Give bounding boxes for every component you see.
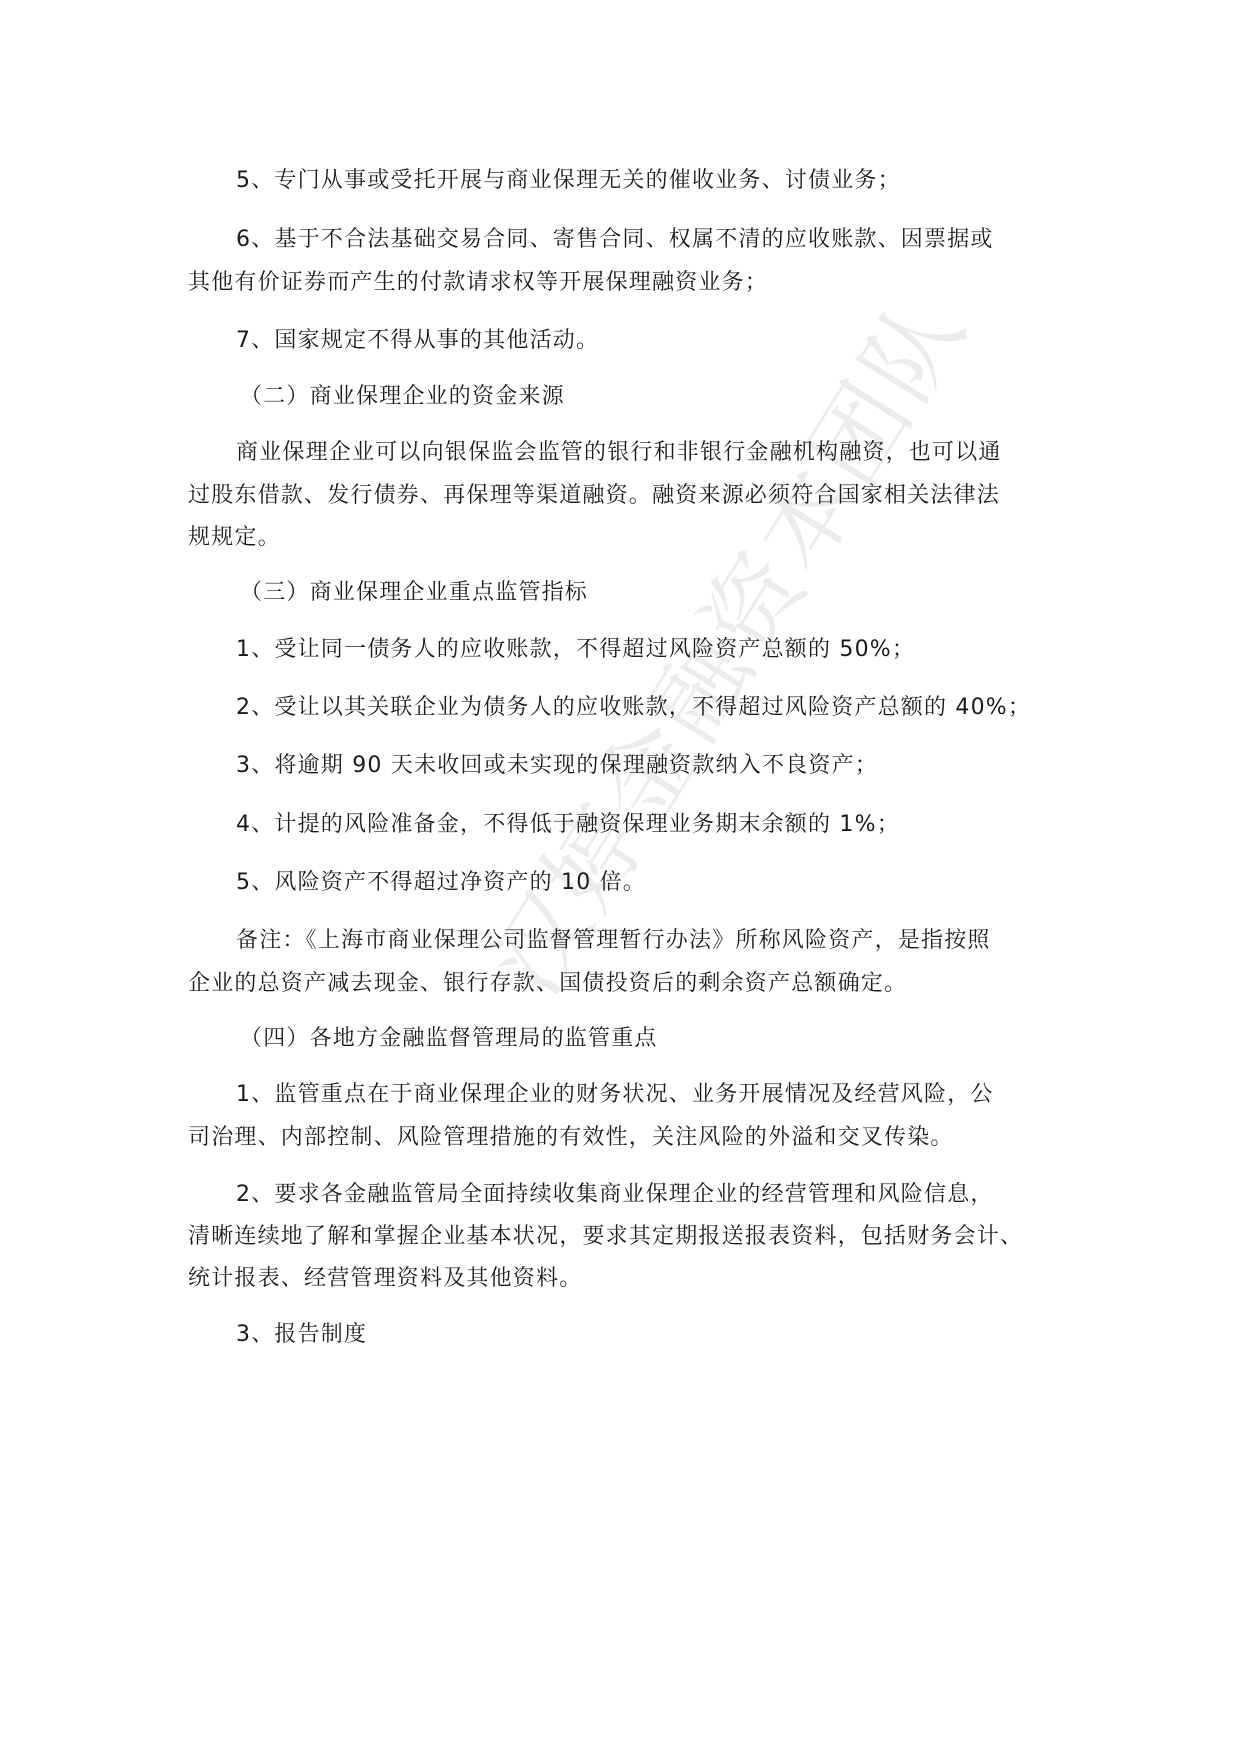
focus-item-1-line-1: 1、监管重点在于商业保理企业的财务状况、业务开展情况及经营风险，公	[236, 1080, 1116, 1110]
focus-item-2-line-2: 清晰连续地了解和掌握企业基本状况，要求其定期报送报表资料，包括财务会计、	[188, 1222, 1068, 1252]
prohibited-item-7: 7、国家规定不得从事的其他活动。	[236, 326, 1116, 356]
focus-item-2-line-3: 统计报表、经营管理资料及其他资料。	[188, 1264, 1068, 1294]
focus-item-1-line-2: 司治理、内部控制、风险管理措施的有效性，关注风险的外溢和交叉传染。	[188, 1123, 1068, 1153]
indicator-item-3: 3、将逾期 90 天未收回或未实现的保理融资款纳入不良资产；	[236, 751, 1116, 781]
section-heading-regulatory-focus: （四）各地方金融监督管理局的监管重点	[240, 1024, 1120, 1054]
section-heading-key-indicators: （三）商业保理企业重点监管指标	[240, 578, 1120, 608]
funding-paragraph-line-2: 过股东借款、发行债券、再保理等渠道融资。融资来源必须符合国家相关法律法	[188, 481, 1068, 511]
prohibited-item-5: 5、专门从事或受托开展与商业保理无关的催收业务、讨债业务；	[236, 166, 1116, 196]
indicator-item-5: 5、风险资产不得超过净资产的 10 倍。	[236, 868, 1116, 898]
funding-paragraph-line-3: 规规定。	[188, 523, 1068, 553]
document-page: 汉婷金融资本团队 5、专门从事或受托开展与商业保理无关的催收业务、讨债业务； 6…	[0, 0, 1240, 1754]
prohibited-item-6-line-1: 6、基于不合法基础交易合同、寄售合同、权属不清的应收账款、因票据或	[236, 225, 1116, 255]
prohibited-item-6-line-2: 其他有价证券而产生的付款请求权等开展保理融资业务；	[188, 268, 1068, 298]
focus-item-3-reporting-system: 3、报告制度	[236, 1320, 1116, 1350]
indicator-item-1: 1、受让同一债务人的应收账款，不得超过风险资产总额的 50%；	[236, 635, 1116, 665]
note-line-1: 备注：《上海市商业保理公司监督管理暂行办法》所称风险资产，是指按照	[236, 926, 1116, 956]
funding-paragraph-line-1: 商业保理企业可以向银保监会监管的银行和非银行金融机构融资，也可以通	[236, 438, 1116, 468]
indicator-item-2: 2、受让以其关联企业为债务人的应收账款，不得超过风险资产总额的 40%；	[236, 693, 1116, 723]
note-line-2: 企业的总资产减去现金、银行存款、国债投资后的剩余资产总额确定。	[188, 969, 1068, 999]
section-heading-funding-sources: （二）商业保理企业的资金来源	[240, 382, 1120, 412]
focus-item-2-line-1: 2、要求各金融监管局全面持续收集商业保理企业的经营管理和风险信息，	[236, 1180, 1116, 1210]
indicator-item-4: 4、计提的风险准备金，不得低于融资保理业务期末余额的 1%；	[236, 810, 1116, 840]
